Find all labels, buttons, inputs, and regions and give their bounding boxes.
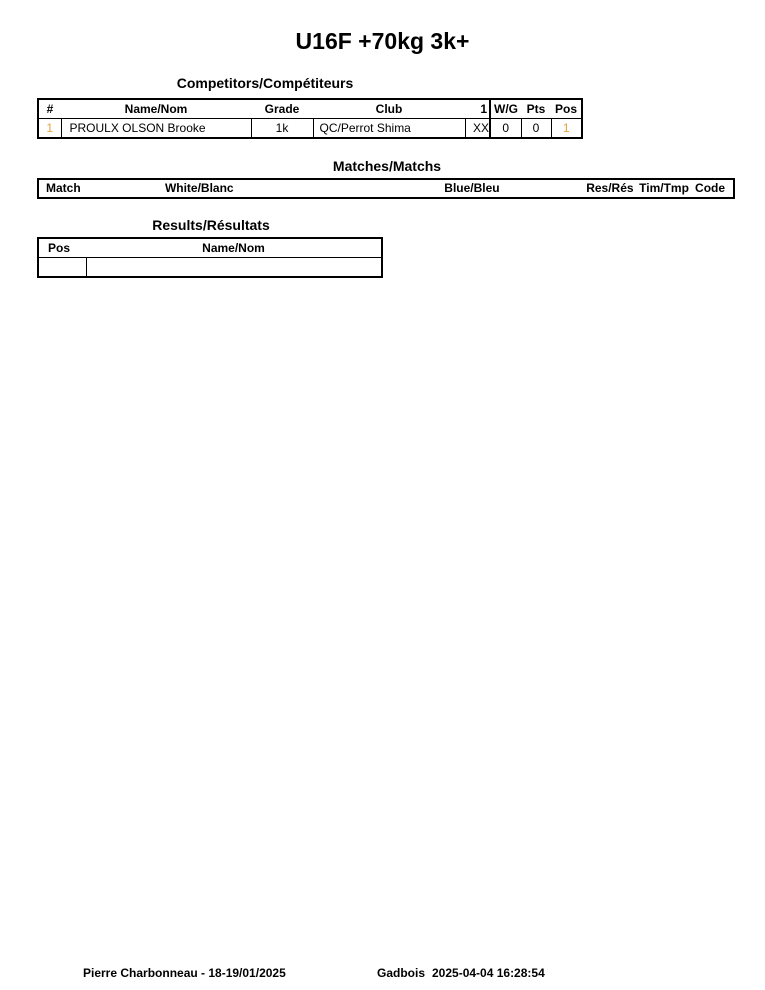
col-header-time: Tim/Tmp xyxy=(639,179,695,198)
col-header-pos: Pos xyxy=(38,238,86,258)
results-header-row: Pos Name/Nom xyxy=(38,238,382,258)
col-header-grade: Grade xyxy=(251,99,313,119)
competitor-position: 1 xyxy=(551,119,582,139)
col-header-club: Club xyxy=(313,99,465,119)
competitors-section-title: Competitors/Compétiteurs xyxy=(37,75,493,91)
matches-table: Match White/Blanc Blue/Bleu Res/Rés Tim/… xyxy=(37,178,735,199)
results-section-title: Results/Résultats xyxy=(37,217,385,233)
competitor-row: 1 PROULX OLSON Brooke 1k QC/Perrot Shima… xyxy=(38,119,582,139)
col-header-round-1: 1 xyxy=(465,99,490,119)
col-header-blue: Blue/Bleu xyxy=(444,179,586,198)
result-pos xyxy=(38,258,86,278)
competitors-table: # Name/Nom Grade Club 1 W/G Pts Pos 1 PR… xyxy=(37,98,583,139)
competitor-points: 0 xyxy=(521,119,551,139)
col-header-name: Name/Nom xyxy=(86,238,382,258)
col-header-pts: Pts xyxy=(521,99,551,119)
matches-section-title: Matches/Matchs xyxy=(37,158,737,174)
col-header-code: Code xyxy=(695,179,734,198)
results-table: Pos Name/Nom xyxy=(37,237,383,278)
result-name xyxy=(86,258,382,278)
competitor-name: PROULX OLSON Brooke xyxy=(61,119,251,139)
competitor-num: 1 xyxy=(38,119,61,139)
col-header-num: # xyxy=(38,99,61,119)
col-header-white: White/Blanc xyxy=(165,179,444,198)
competitors-header-row: # Name/Nom Grade Club 1 W/G Pts Pos xyxy=(38,99,582,119)
footer-timestamp: 2025-04-04 16:28:54 xyxy=(432,966,545,980)
col-header-name: Name/Nom xyxy=(61,99,251,119)
footer-event: Pierre Charbonneau - 18-19/01/2025 xyxy=(83,966,286,980)
col-header-match: Match xyxy=(38,179,165,198)
competitor-round-1-cell: XX xyxy=(465,119,490,139)
col-header-pos: Pos xyxy=(551,99,582,119)
competitor-club: QC/Perrot Shima xyxy=(313,119,465,139)
competitor-wins: 0 xyxy=(490,119,521,139)
col-header-wg: W/G xyxy=(490,99,521,119)
col-header-result: Res/Rés xyxy=(586,179,639,198)
matches-header-row: Match White/Blanc Blue/Bleu Res/Rés Tim/… xyxy=(38,179,734,198)
page-title: U16F +70kg 3k+ xyxy=(0,28,765,55)
result-row xyxy=(38,258,382,278)
footer-location: Gadbois xyxy=(377,966,425,980)
competitor-grade: 1k xyxy=(251,119,313,139)
